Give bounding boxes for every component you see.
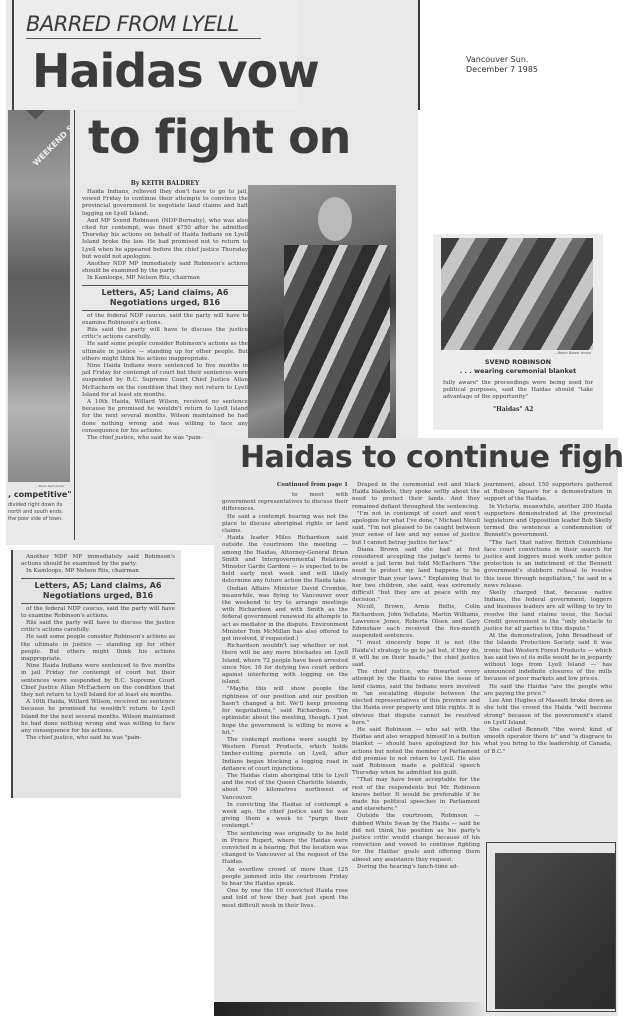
caption-name: SVEND ROBINSON	[433, 358, 603, 366]
blanket-closeup-photo	[441, 238, 593, 350]
repeat-clipping: Another NDP MP immediately said Robinson…	[11, 550, 181, 798]
paragraph: Richardson wouldn't say whether or not t…	[222, 643, 348, 686]
paragraph: Riis said the party will have to discuss…	[21, 620, 175, 634]
kicker-rule	[26, 38, 261, 39]
article-body-bottom: of the federal NDP caucus, said the part…	[82, 313, 248, 443]
publication-name: Vancouver Sun.	[466, 55, 538, 65]
article-body-top: Haida Indians, relieved they don't have …	[82, 189, 248, 283]
figure-head	[318, 197, 352, 241]
paragraph: In Kamloops, MP Nelson Riis, chairman	[21, 568, 175, 575]
paragraph: The Haidas claim aboriginal title to Lye…	[222, 773, 348, 802]
weekend-special-banner	[20, 110, 70, 120]
paragraph: He said some people consider Robinson's …	[21, 634, 175, 663]
refs-line1: Letters, A5; Land claims, A6	[21, 581, 175, 591]
paragraph: of the federal NDP caucus, said the part…	[21, 606, 175, 620]
paragraph: In convicting the Haidas of contempt a w…	[222, 802, 348, 831]
paragraph: Riis said the party will have to discuss…	[82, 327, 248, 341]
left-text-fragment: divided right down its north and south e…	[8, 502, 72, 523]
paragraph: Diana Brown said she had at first consid…	[352, 547, 480, 605]
continuation-clipping: Haidas to continue fight Continued from …	[214, 438, 618, 1016]
continuation-column-3: journment, about 150 supporters gathered…	[484, 482, 612, 756]
paragraph: A 10th Haida, Willard Wilson, received n…	[21, 699, 175, 735]
repeat-page-references: Letters, A5; Land claims, A6 Negotiation…	[21, 578, 175, 604]
paragraph: He said Robinson — who sat with the Haid…	[352, 727, 480, 777]
column-rule	[74, 110, 75, 540]
paragraph: "Maybe this will show people the rightne…	[222, 686, 348, 736]
jump-reference: "Haidas" A2	[493, 406, 533, 413]
paragraph: He said some people consider Robinson's …	[82, 341, 248, 363]
paragraph: Another NDP MP immediately said Robinson…	[82, 261, 248, 275]
paragraph: Nine Haida Indians were sentenced to fiv…	[21, 663, 175, 699]
paragraph: She called Bennett "the worst kind of sm…	[484, 727, 612, 756]
source-note: Vancouver Sun. December 7 1985	[466, 55, 538, 75]
continuation-column-2: Draped in the ceremonial red and black H…	[352, 482, 480, 871]
paragraph: to meet with government representatives …	[222, 492, 348, 514]
paragraph: In Victoria, meanwhile, another 200 Haid…	[484, 504, 612, 540]
headline-line2: to fight on	[88, 108, 350, 166]
paragraph: At the demonstration, John Broadhead of …	[484, 633, 612, 683]
photo-caption-clipping: —Ralph Bower photo SVEND ROBINSON . . . …	[433, 234, 603, 430]
byline: By KEITH BALDREY	[82, 180, 248, 187]
continued-from: Continued from page 1	[222, 482, 348, 488]
robinson-photo	[248, 185, 396, 440]
kicker: BARRED FROM LYELL	[26, 12, 239, 36]
paragraph: Lee Ann Hughes of Massett broke down as …	[484, 698, 612, 727]
paragraph: "That may have been acceptable for the r…	[352, 777, 480, 813]
paragraph: Nicoll, Brown, Arnie Bellis, Colin Richa…	[352, 604, 480, 640]
paragraph: In Kamloops, MP Nelson Riis, chairman	[82, 275, 248, 282]
paragraph: "I must sincerely hope it is not (the Ha…	[352, 640, 480, 669]
paragraph: A 10th Haida, Willard Wilson, received n…	[82, 399, 248, 435]
caption-description: . . . wearing ceremonial blanket	[433, 367, 603, 375]
paragraph: He said the Haidas "are the people who a…	[484, 684, 612, 698]
paragraph: One by one the 10 convicted Haida rose a…	[222, 888, 348, 910]
paragraph: Draped in the ceremonial red and black H…	[352, 482, 480, 511]
repeat-body-top: Another NDP MP immediately said Robinson…	[13, 550, 181, 576]
figure-blanket	[284, 245, 390, 440]
publication-date: December 7 1985	[466, 65, 538, 75]
paragraph: Haida leader Miles Richardson said outsi…	[222, 535, 348, 585]
paragraph: The sentencing was originally to be held…	[222, 831, 348, 867]
headline-line1: Haidas vow	[32, 46, 319, 96]
paragraph: An overflow crowd of more than 125 peopl…	[222, 867, 348, 889]
header-card: BARRED FROM LYELL Haidas vow	[12, 0, 297, 110]
paragraph: He said a contempt hearing was not the p…	[222, 514, 348, 536]
paragraph: The chief justice, who said he was "pain…	[21, 735, 175, 742]
left-caption-fragment: , competitive"	[8, 490, 72, 499]
paragraph: of the federal NDP caucus, said the part…	[82, 313, 248, 327]
paragraph: Skelly charged that, because native Indi…	[484, 590, 612, 633]
bottom-torn-edge	[214, 1002, 486, 1016]
paragraph: "The fact that native British Columbians…	[484, 540, 612, 590]
page-references: Letters, A5; Land claims, A6 Negotiation…	[82, 285, 248, 311]
column-1-text: to meet with government representatives …	[222, 492, 348, 910]
main-article-column: By KEITH BALDREY Haida Indians, relieved…	[82, 180, 248, 442]
paragraph: The chief justice, who thwarted every at…	[352, 669, 480, 727]
paragraph: Another NDP MP immediately said Robinson…	[21, 554, 175, 568]
weekend-special-label: WEEKEND SPECIAL	[31, 110, 70, 168]
dark-photo	[495, 853, 615, 1009]
dark-photo-frame	[486, 842, 616, 1012]
paragraph: Haida Indians, relieved they don't have …	[82, 189, 248, 218]
paragraph: (Indian Affairs Minister David Crombie, …	[222, 586, 348, 644]
left-photo-credit: —Brian Kent photo	[36, 484, 64, 488]
paragraph: journment, about 150 supporters gathered…	[484, 482, 612, 504]
paragraph: Outside the courtroom, Robinson — dubbed…	[352, 813, 480, 863]
paragraph: Nine Haida Indians were sentenced to fiv…	[82, 363, 248, 399]
refs-line2: Negotiations urged, B16	[21, 591, 175, 601]
refs-line2: Negotiations urged, B16	[82, 298, 248, 308]
caption-text: fully aware" the proceedings were being …	[443, 380, 593, 402]
paragraph: During the hearing's lunch-time ad-	[352, 864, 480, 871]
repeat-body-bottom: of the federal NDP caucus, said the part…	[13, 606, 181, 743]
continuation-headline: Haidas to continue fight	[240, 440, 623, 476]
continuation-column-1: Continued from page 1 to meet with gover…	[222, 482, 348, 910]
left-photo: WEEKEND SPECIAL	[8, 110, 70, 482]
photo-credit: —Ralph Bower photo	[554, 351, 591, 355]
paragraph: "I'm not in contempt of court and won't …	[352, 511, 480, 547]
paragraph: And MP Svend Robinson (NDP-Burnaby), who…	[82, 218, 248, 261]
paragraph: The contempt motions were sought by West…	[222, 737, 348, 773]
refs-line1: Letters, A5; Land claims, A6	[82, 288, 248, 298]
